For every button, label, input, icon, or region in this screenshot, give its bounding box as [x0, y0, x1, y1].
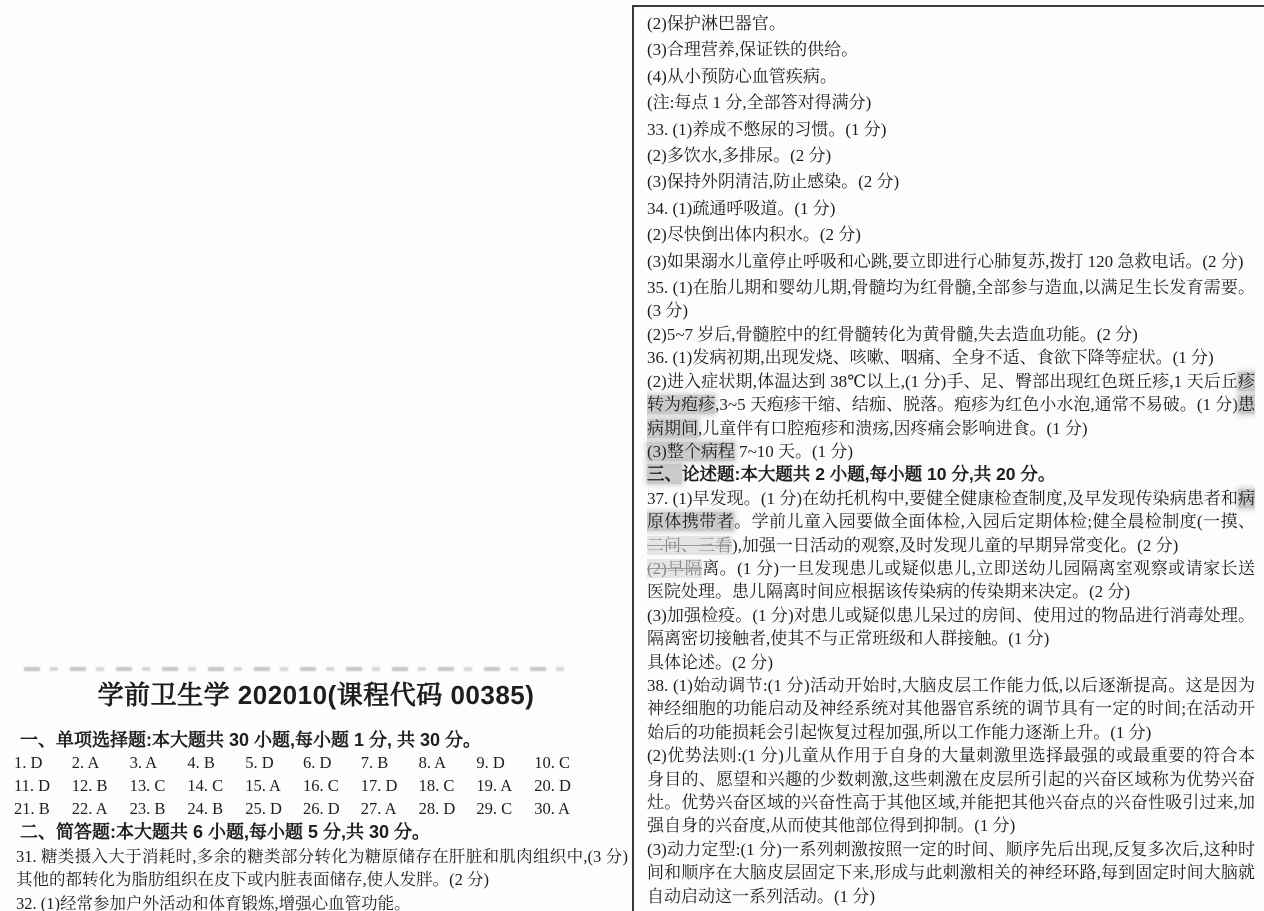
- text-run: (3)动力定型:(1 分)一系列刺激按照一定的时间、顺序先后出现,反复多次后,这…: [647, 840, 1255, 906]
- mcq-answer-cell: 14. C: [187, 776, 245, 799]
- answer-paragraph: (2)尽快倒出体内积水。(2 分): [647, 223, 1255, 246]
- mcq-answer-cell: 11. D: [14, 776, 72, 799]
- section-2-header: 二、简答题:本大题共 6 小题,每小题 5 分,共 30 分。: [20, 821, 620, 843]
- answer-paragraph: 38. (1)始动调节:(1 分)活动开始时,大脑皮层工作能力低,以后逐渐提高。…: [647, 674, 1255, 744]
- answer-paragraph: (2)5~7 岁后,骨髓腔中的红骨髓转化为黄骨髓,失去造血功能。(2 分): [647, 323, 1255, 346]
- mcq-answer-cell: 24. B: [187, 799, 245, 822]
- answer-paragraph: 37. (1)早发现。(1 分)在幼托机构中,要健全健康检查制度,及早发现传染病…: [647, 487, 1255, 557]
- mcq-answer-cell: 2. A: [72, 753, 130, 776]
- scan-smudge-line: [24, 667, 566, 671]
- right-page: (2)保护淋巴器官。(3)合理营养,保证铁的供给。(4)从小预防心血管疾病。(注…: [632, 5, 1264, 911]
- mcq-answer-cell: 9. D: [476, 753, 534, 776]
- text-run: (2)早隔: [647, 559, 702, 578]
- mcq-answer-cell: 28. D: [419, 799, 477, 822]
- mcq-answer-cell: 3. A: [130, 753, 188, 776]
- answer-paragraph: (3)合理营养,保证铁的供给。: [647, 38, 1255, 61]
- answer-paragraph: 33. (1)养成不憋尿的习惯。(1 分): [647, 118, 1255, 141]
- mcq-answer-cell: 18. C: [419, 776, 477, 799]
- mcq-answer-grid: 1. D2. A3. A4. B5. D6. D7. B8. A9. D10. …: [14, 753, 592, 822]
- answer-paragraph: 具体论述。(2 分): [647, 651, 1255, 674]
- answer-paragraph: (2)保护淋巴器官。: [647, 12, 1255, 35]
- text-run: (3)如果溺水儿童停止呼吸和心跳,要立即进行心肺复苏,拨打 120 急救电话。(…: [647, 252, 1243, 271]
- answer-paragraph: (3)动力定型:(1 分)一系列刺激按照一定的时间、顺序先后出现,反复多次后,这…: [647, 838, 1255, 908]
- section-1-header: 一、单项选择题:本大题共 30 小题,每小题 1 分, 共 30 分。: [20, 729, 620, 751]
- mcq-answer-cell: 29. C: [476, 799, 534, 822]
- mcq-answer-cell: 23. B: [130, 799, 188, 822]
- text-run: (2)尽快倒出体内积水。(2 分): [647, 225, 861, 244]
- text-run: (4)从小预防心血管疾病。: [647, 67, 837, 86]
- text-run: 38. (1)始动调节:(1 分)活动开始时,大脑皮层工作能力低,以后逐渐提高。…: [647, 676, 1255, 742]
- text-run: 36. (1)发病初期,出现发烧、咳嗽、咽痛、全身不适、食欲下降等症状。(1 分…: [647, 348, 1214, 367]
- answer-paragraph: 34. (1)疏通呼吸道。(1 分): [647, 197, 1255, 220]
- text-run: 35. (1)在胎儿期和婴幼儿期,骨髓均为红骨髓,全部参与造血,以满足生长发育需…: [647, 278, 1255, 320]
- text-run: 二问、三看: [647, 536, 732, 555]
- answer-paragraph: (3)保持外阴清洁,防止感染。(2 分): [647, 170, 1255, 193]
- text-run: ,儿童伴有口腔疱疹和溃疡,因疼痛会影响进食。(1 分): [698, 419, 1088, 438]
- answer-paragraph: (2)进入症状期,体温达到 38℃以上,(1 分)手、足、臀部出现红色斑丘疹,1…: [647, 370, 1255, 440]
- answer-paragraph: (3)整个病程 7~10 天。(1 分): [647, 440, 1255, 463]
- mcq-answer-cell: 8. A: [419, 753, 477, 776]
- text-run: ,3~5 天疱疹干缩、结痂、脱落。疱疹为红色小水泡,通常不易破。(1 分): [715, 395, 1238, 414]
- mcq-answer-cell: 25. D: [245, 799, 303, 822]
- section-3-header: 三、论述题:本大题共 2 小题,每小题 10 分,共 20 分。: [647, 463, 1255, 486]
- text-run: (注:每点 1 分,全部答对得满分): [647, 93, 871, 112]
- text-run: (2)进入症状期,体温达到 38℃以上,(1 分)手、足、臀部出现红色斑丘疹,1…: [647, 372, 1238, 391]
- scanned-answer-key-page: 学前卫生学 202010(课程代码 00385) 一、单项选择题:本大题共 30…: [0, 0, 1264, 911]
- answer-paragraph: (2)多饮水,多排尿。(2 分): [647, 144, 1255, 167]
- mcq-answer-cell: 21. B: [14, 799, 72, 822]
- text-run: 具体论述。(2 分): [647, 653, 773, 672]
- text-run: 7~10 天。(1 分): [735, 442, 853, 461]
- text-run: ),加强一日活动的观察,及时发现儿童的早期异常变化。(2 分): [732, 536, 1178, 555]
- mcq-answer-cell: 4. B: [187, 753, 245, 776]
- left-page: 学前卫生学 202010(课程代码 00385) 一、单项选择题:本大题共 30…: [0, 0, 632, 911]
- mcq-answer-cell: 20. D: [534, 776, 592, 799]
- text-run: (2)5~7 岁后,骨髓腔中的红骨髓转化为黄骨髓,失去造血功能。(2 分): [647, 325, 1138, 344]
- mcq-answer-cell: 7. B: [361, 753, 419, 776]
- mcq-answer-cell: 26. D: [303, 799, 361, 822]
- text-run: (3)合理营养,保证铁的供给。: [647, 40, 858, 59]
- answer-paragraph: 36. (1)发病初期,出现发烧、咳嗽、咽痛、全身不适、食欲下降等症状。(1 分…: [647, 346, 1255, 369]
- text-run: (3)整个病程: [647, 442, 735, 461]
- text-run: 33. (1)养成不憋尿的习惯。(1 分): [647, 120, 886, 139]
- answer-paragraph: 35. (1)在胎儿期和婴幼儿期,骨髓均为红骨髓,全部参与造血,以满足生长发育需…: [647, 276, 1255, 323]
- mcq-answer-cell: 17. D: [361, 776, 419, 799]
- text-run: 37. (1)早发现。(1 分)在幼托机构中,要健全健康检查制度,及早发现传染病…: [647, 489, 1238, 508]
- answer-paragraph: (3)加强检疫。(1 分)对患儿或疑似患儿呆过的房间、使用过的物品进行消毒处理。…: [647, 604, 1255, 651]
- text-run: (3)加强检疫。(1 分)对患儿或疑似患儿呆过的房间、使用过的物品进行消毒处理。…: [647, 606, 1255, 648]
- right-page-content: (2)保护淋巴器官。(3)合理营养,保证铁的供给。(4)从小预防心血管疾病。(注…: [647, 12, 1255, 908]
- mcq-answer-cell: 6. D: [303, 753, 361, 776]
- answer-paragraph: (2)优势法则:(1 分)儿童从作用于自身的大量刺激里选择最强的或最重要的符合本…: [647, 744, 1255, 838]
- text-run: 三、: [647, 464, 682, 484]
- answer-paragraph: (3)如果溺水儿童停止呼吸和心跳,要立即进行心肺复苏,拨打 120 急救电话。(…: [647, 250, 1255, 273]
- answer-paragraph: (4)从小预防心血管疾病。: [647, 65, 1255, 88]
- mcq-answer-cell: 12. B: [72, 776, 130, 799]
- text-run: 。学前儿童入园要做全面体检,入园后定期体检;健全晨检制度(一摸、: [734, 512, 1255, 531]
- answer-paragraph: (2)早隔离。(1 分)一旦发现患儿或疑似患儿,立即送幼儿园隔离室观察或请家长送…: [647, 557, 1255, 604]
- mcq-answer-cell: 27. A: [361, 799, 419, 822]
- answer-32-paragraph: 32. (1)经常参加户外活动和体育锻炼,增强心血管功能。: [16, 892, 628, 911]
- text-run: 离。(1 分)一旦发现患儿或疑似患儿,立即送幼儿园隔离室观察或请家长送医院处理。…: [647, 559, 1255, 601]
- answer-31-paragraph: 31. 糖类摄入大于消耗时,多余的糖类部分转化为糖原储存在肝脏和肌肉组织中,(3…: [16, 845, 628, 891]
- answer-paragraph: (注:每点 1 分,全部答对得满分): [647, 91, 1255, 114]
- exam-title: 学前卫生学 202010(课程代码 00385): [0, 679, 632, 711]
- mcq-answer-cell: 22. A: [72, 799, 130, 822]
- mcq-answer-cell: 1. D: [14, 753, 72, 776]
- text-run: (2)优势法则:(1 分)儿童从作用于自身的大量刺激里选择最强的或最重要的符合本…: [647, 746, 1255, 835]
- mcq-answer-cell: 19. A: [476, 776, 534, 799]
- mcq-answer-cell: 10. C: [534, 753, 592, 776]
- mcq-answer-cell: 16. C: [303, 776, 361, 799]
- text-run: (2)多饮水,多排尿。(2 分): [647, 146, 831, 165]
- mcq-answer-cell: 13. C: [130, 776, 188, 799]
- mcq-answer-cell: 15. A: [245, 776, 303, 799]
- text-run: (2)保护淋巴器官。: [647, 14, 786, 33]
- text-run: 论述题:本大题共 2 小题,每小题 10 分,共 20 分。: [682, 464, 1055, 484]
- text-run: (3)保持外阴清洁,防止感染。(2 分): [647, 172, 899, 191]
- text-run: 34. (1)疏通呼吸道。(1 分): [647, 199, 835, 218]
- mcq-answer-cell: 30. A: [534, 799, 592, 822]
- mcq-answer-cell: 5. D: [245, 753, 303, 776]
